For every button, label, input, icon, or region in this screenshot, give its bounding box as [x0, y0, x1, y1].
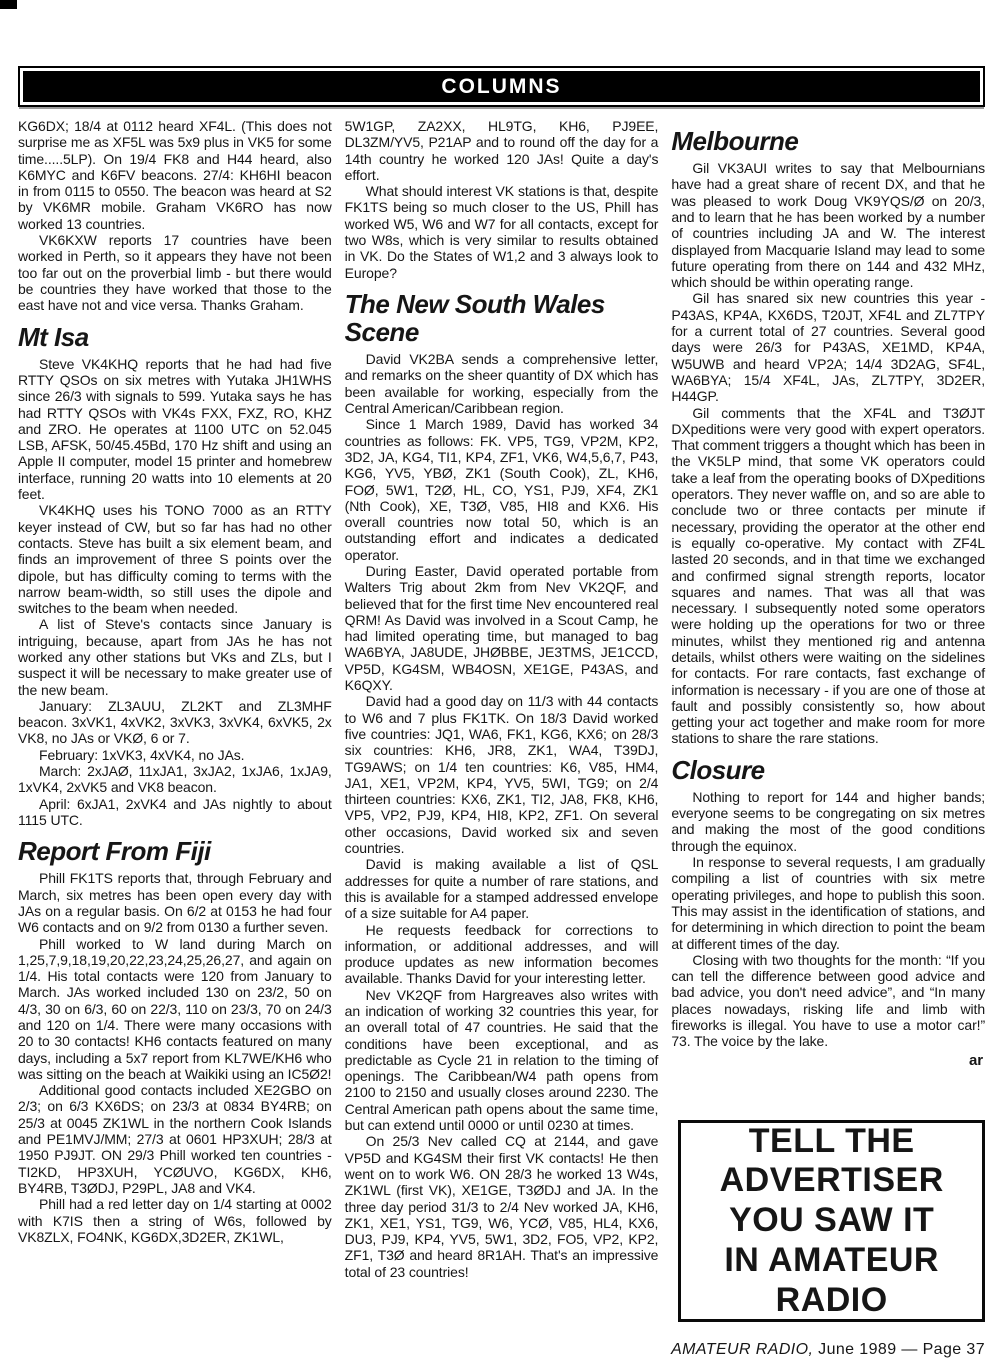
paragraph: January: ZL3AUU, ZL2KT and ZL3MHF beacon…: [18, 698, 332, 747]
house-ad-box: TELL THEADVERTISERYOU SAW ITIN AMATEURRA…: [678, 1120, 985, 1322]
column-3-text: MelbourneGil VK3AUI writes to say that M…: [671, 127, 985, 1050]
section-heading: Report From Fiji: [18, 837, 332, 865]
article-columns: KG6DX; 18/4 at 0112 heard XF4L. (This do…: [18, 118, 985, 1365]
paragraph: David is making available a list of QSL …: [345, 856, 659, 921]
paragraph: Closing with two thoughts for the month:…: [671, 952, 985, 1050]
paragraph: VK4KHQ uses his TONO 7000 as an RTTY key…: [18, 502, 332, 616]
article-end-mark: ar: [671, 1053, 985, 1069]
scan-corner-mark: [0, 0, 17, 9]
paragraph: David VK2BA sends a comprehensive letter…: [345, 351, 659, 416]
magazine-name: AMATEUR RADIO,: [671, 1341, 813, 1358]
paragraph: Phill had a red letter day on 1/4 starti…: [18, 1196, 332, 1245]
magazine-page: { "page": { "header_label": "COLUMNS", "…: [0, 0, 1000, 1365]
column-1: KG6DX; 18/4 at 0112 heard XF4L. (This do…: [18, 118, 332, 1365]
paragraph: During Easter, David operated portable f…: [345, 563, 659, 693]
ad-line: TELL THE: [720, 1122, 944, 1162]
column-2: 5W1GP, ZA2XX, HL9TG, KH6, PJ9EE, DL3ZM/Y…: [345, 118, 659, 1365]
paragraph: David had a good day on 11/3 with 44 con…: [345, 693, 659, 856]
section-heading: The New South Wales Scene: [345, 290, 659, 346]
paragraph: Gil comments that the XF4L and T3ØJT DXp…: [671, 405, 985, 747]
ad-line: RADIO: [720, 1281, 944, 1321]
ad-line: IN AMATEUR: [720, 1241, 944, 1281]
column-3: MelbourneGil VK3AUI writes to say that M…: [671, 118, 985, 1365]
ad-line: ADVERTISER: [720, 1161, 944, 1201]
paragraph: KG6DX; 18/4 at 0112 heard XF4L. (This do…: [18, 118, 332, 232]
paragraph: On 25/3 Nev called CQ at 2144, and gave …: [345, 1133, 659, 1280]
columns-header-banner: COLUMNS: [18, 66, 985, 107]
ad-text: TELL THEADVERTISERYOU SAW ITIN AMATEURRA…: [720, 1122, 944, 1321]
paragraph: Steve VK4KHQ reports that he had had fiv…: [18, 356, 332, 503]
paragraph: Nev VK2QF from Hargreaves also writes wi…: [345, 987, 659, 1134]
paragraph: March: 2xJAØ, 11xJA1, 3xJA2, 1xJA6, 1xJA…: [18, 763, 332, 796]
section-heading: Mt Isa: [18, 323, 332, 351]
section-heading: Closure: [671, 756, 985, 784]
paragraph: What should interest VK stations is that…: [345, 183, 659, 281]
page-footer: AMATEUR RADIO, June 1989 — Page 37: [671, 1342, 985, 1358]
paragraph: Phill worked to W land during March on 1…: [18, 936, 332, 1083]
section-heading: Melbourne: [671, 127, 985, 155]
paragraph: 5W1GP, ZA2XX, HL9TG, KH6, PJ9EE, DL3ZM/Y…: [345, 118, 659, 183]
paragraph: Additional good contacts included XE2GBO…: [18, 1082, 332, 1196]
paragraph: Gil has snared six new countries this ye…: [671, 290, 985, 404]
paragraph: February: 1xVK3, 4xVK4, no JAs.: [18, 747, 332, 763]
paragraph: Nothing to report for 144 and higher ban…: [671, 789, 985, 854]
issue-and-page-number: June 1989 — Page 37: [818, 1341, 985, 1358]
paragraph: Phill FK1TS reports that, through Februa…: [18, 870, 332, 935]
paragraph: A list of Steve's contacts since January…: [18, 616, 332, 697]
paragraph: In response to several requests, I am gr…: [671, 854, 985, 952]
paragraph: He requests feedback for corrections to …: [345, 922, 659, 987]
paragraph: Gil VK3AUI writes to say that Melbournia…: [671, 160, 985, 290]
page-title: COLUMNS: [23, 71, 980, 102]
paragraph: VK6KXW reports 17 countries have been wo…: [18, 232, 332, 313]
paragraph: Since 1 March 1989, David has worked 34 …: [345, 416, 659, 563]
paragraph: April: 6xJA1, 2xVK4 and JAs nightly to a…: [18, 796, 332, 829]
ad-line: YOU SAW IT: [720, 1201, 944, 1241]
